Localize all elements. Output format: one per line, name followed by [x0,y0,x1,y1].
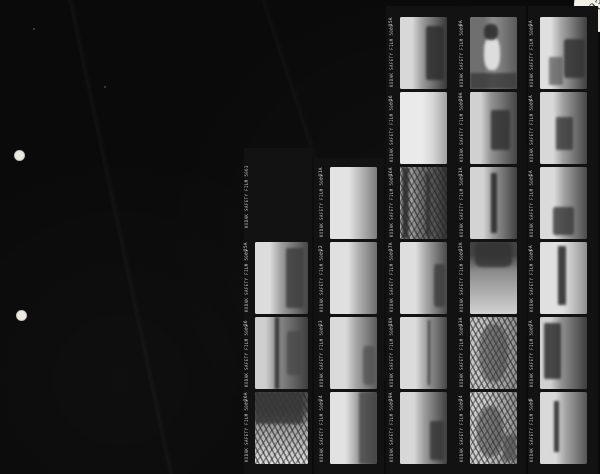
film-edge-text: KODAK SAFETY FILM 5063 [245,249,249,312]
frame-number: →26A [245,392,250,404]
film-edge-text: KODAK SAFETY FILM 5063 [460,99,464,162]
hole-punch [14,150,25,161]
photo-frame [470,17,517,89]
film-edge-text: KODAK SAFETY FILM 5063 [390,249,394,312]
film-edge-text: KODAK SAFETY FILM 5063 [530,24,534,87]
frame-number: →19A [390,392,395,404]
frame-number: →4A [530,95,535,104]
frame-number: →26 [245,320,250,329]
photo-detail [363,346,375,386]
film-edge-text: KODAK SAFETY FILM 5063 [390,174,394,237]
film-edge-text: KODAK SAFETY FILM 5063 [530,174,534,237]
frame-number: →17A [390,242,395,254]
photo-detail [549,57,563,86]
film-edge-text: KODAK SAFETY FILM 5063 [245,165,249,228]
photo-frame [470,317,517,389]
frame-number: →15A [390,17,395,29]
film-edge-text: KODAK SAFETY FILM 5063 [530,99,534,162]
photo-detail [503,435,516,461]
film-edge-text: KODAK SAFETY FILM 5063 [460,249,464,312]
photo-detail [426,26,444,81]
film-edge-text: KODAK SAFETY FILM 5063 [460,399,464,462]
photo-frame [470,392,517,464]
photo-detail [553,207,574,236]
film-edge-text: KODAK SAFETY FILM 5063 [530,399,534,462]
film-edge-text: KODAK SAFETY FILM 5063 [320,399,324,462]
photo-detail [556,117,572,149]
photo-detail [255,392,303,424]
photo-frame [400,317,447,389]
film-edge-text: KODAK SAFETY FILM 5063 [320,174,324,237]
film-edge-text: KODAK SAFETY FILM 5063 [530,249,534,312]
photo-frame [470,92,517,164]
frame-number: →16 [390,95,395,104]
frame-number: →14 [460,395,465,404]
film-edge-text: KODAK SAFETY FILM 5063 [390,324,394,387]
film-edge-text: KODAK SAFETY FILM 5063 [320,249,324,312]
photo-detail [554,401,559,453]
frame-number: →11A [460,167,465,179]
film-edge-text: KODAK SAFETY FILM 5063 [460,24,464,87]
contact-sheet: 103 KODAK SAFETY FILM 5063KODAK SAFETY F… [0,0,600,474]
photo-frame [540,317,587,389]
hole-punch [16,310,27,321]
photo-detail [286,248,304,308]
photo-frame [470,167,517,239]
film-edge-text: KODAK SAFETY FILM 5063 [320,324,324,387]
photo-frame [400,242,447,314]
film-edge-text: KODAK SAFETY FILM 5063 [390,399,394,462]
photo-frame [330,167,377,239]
photo-detail [491,173,498,233]
photo-frame [540,17,587,89]
frame-number: →8 [530,398,535,404]
film-edge-text: KODAK SAFETY FILM 5063 [460,174,464,237]
photo-frame [330,317,377,389]
frame-number: →9A [460,20,465,29]
photo-frame [400,392,447,464]
frame-number: →23 [320,320,325,329]
photo-detail [564,39,585,79]
photo-detail [475,242,513,267]
frame-number: →24 [320,395,325,404]
photo-frame [255,242,308,314]
photo-frame [470,242,517,314]
film-edge-text: KODAK SAFETY FILM 5063 [390,24,394,87]
frame-number: →18A [390,317,395,329]
photo-detail [359,392,377,464]
photo-frame [330,392,377,464]
photo-detail [402,167,410,239]
film-edge-text: KODAK SAFETY FILM 5063 [245,399,249,462]
frame-number: →21A [320,167,325,179]
photo-detail [484,37,500,70]
frame-number: →13A [460,317,465,329]
photo-detail [428,320,430,385]
photo-detail [558,246,566,305]
photo-detail [287,331,303,374]
film-edge-text: KODAK SAFETY FILM 5063 [530,324,534,387]
photo-detail [470,73,517,89]
photo-detail [434,264,445,307]
frame-number: →3A [530,20,535,29]
photo-detail [491,110,510,150]
dust-speck [33,28,35,30]
photo-frame [330,242,377,314]
photo-detail [275,317,279,389]
photo-detail [544,323,561,379]
photo-frame [255,317,308,389]
photo-frame [540,92,587,164]
frame-number: →6A [530,245,535,254]
frame-number: →12A [460,242,465,254]
dust-speck [104,86,106,88]
photo-frame [400,167,447,239]
frame-number: →16A [390,167,395,179]
photo-frame [255,392,308,464]
film-edge-text: KODAK SAFETY FILM 5063 [390,99,394,162]
photo-frame [540,167,587,239]
photo-detail [430,421,444,461]
film-edge-text: KODAK SAFETY FILM 5063 [245,324,249,387]
photo-frame [540,242,587,314]
photo-frame [540,392,587,464]
photo-detail [484,24,498,40]
frame-number: →25A [245,242,250,254]
frame-number: →10A [460,92,465,104]
photo-detail [426,173,430,236]
photo-detail [477,406,503,456]
frame-number: →22 [320,245,325,254]
photo-detail [479,324,507,382]
photo-frame [400,17,447,89]
frame-number: →7A [530,320,535,329]
photo-frame [400,92,447,164]
film-edge-text: KODAK SAFETY FILM 5063 [460,324,464,387]
frame-number: →5A [530,170,535,179]
